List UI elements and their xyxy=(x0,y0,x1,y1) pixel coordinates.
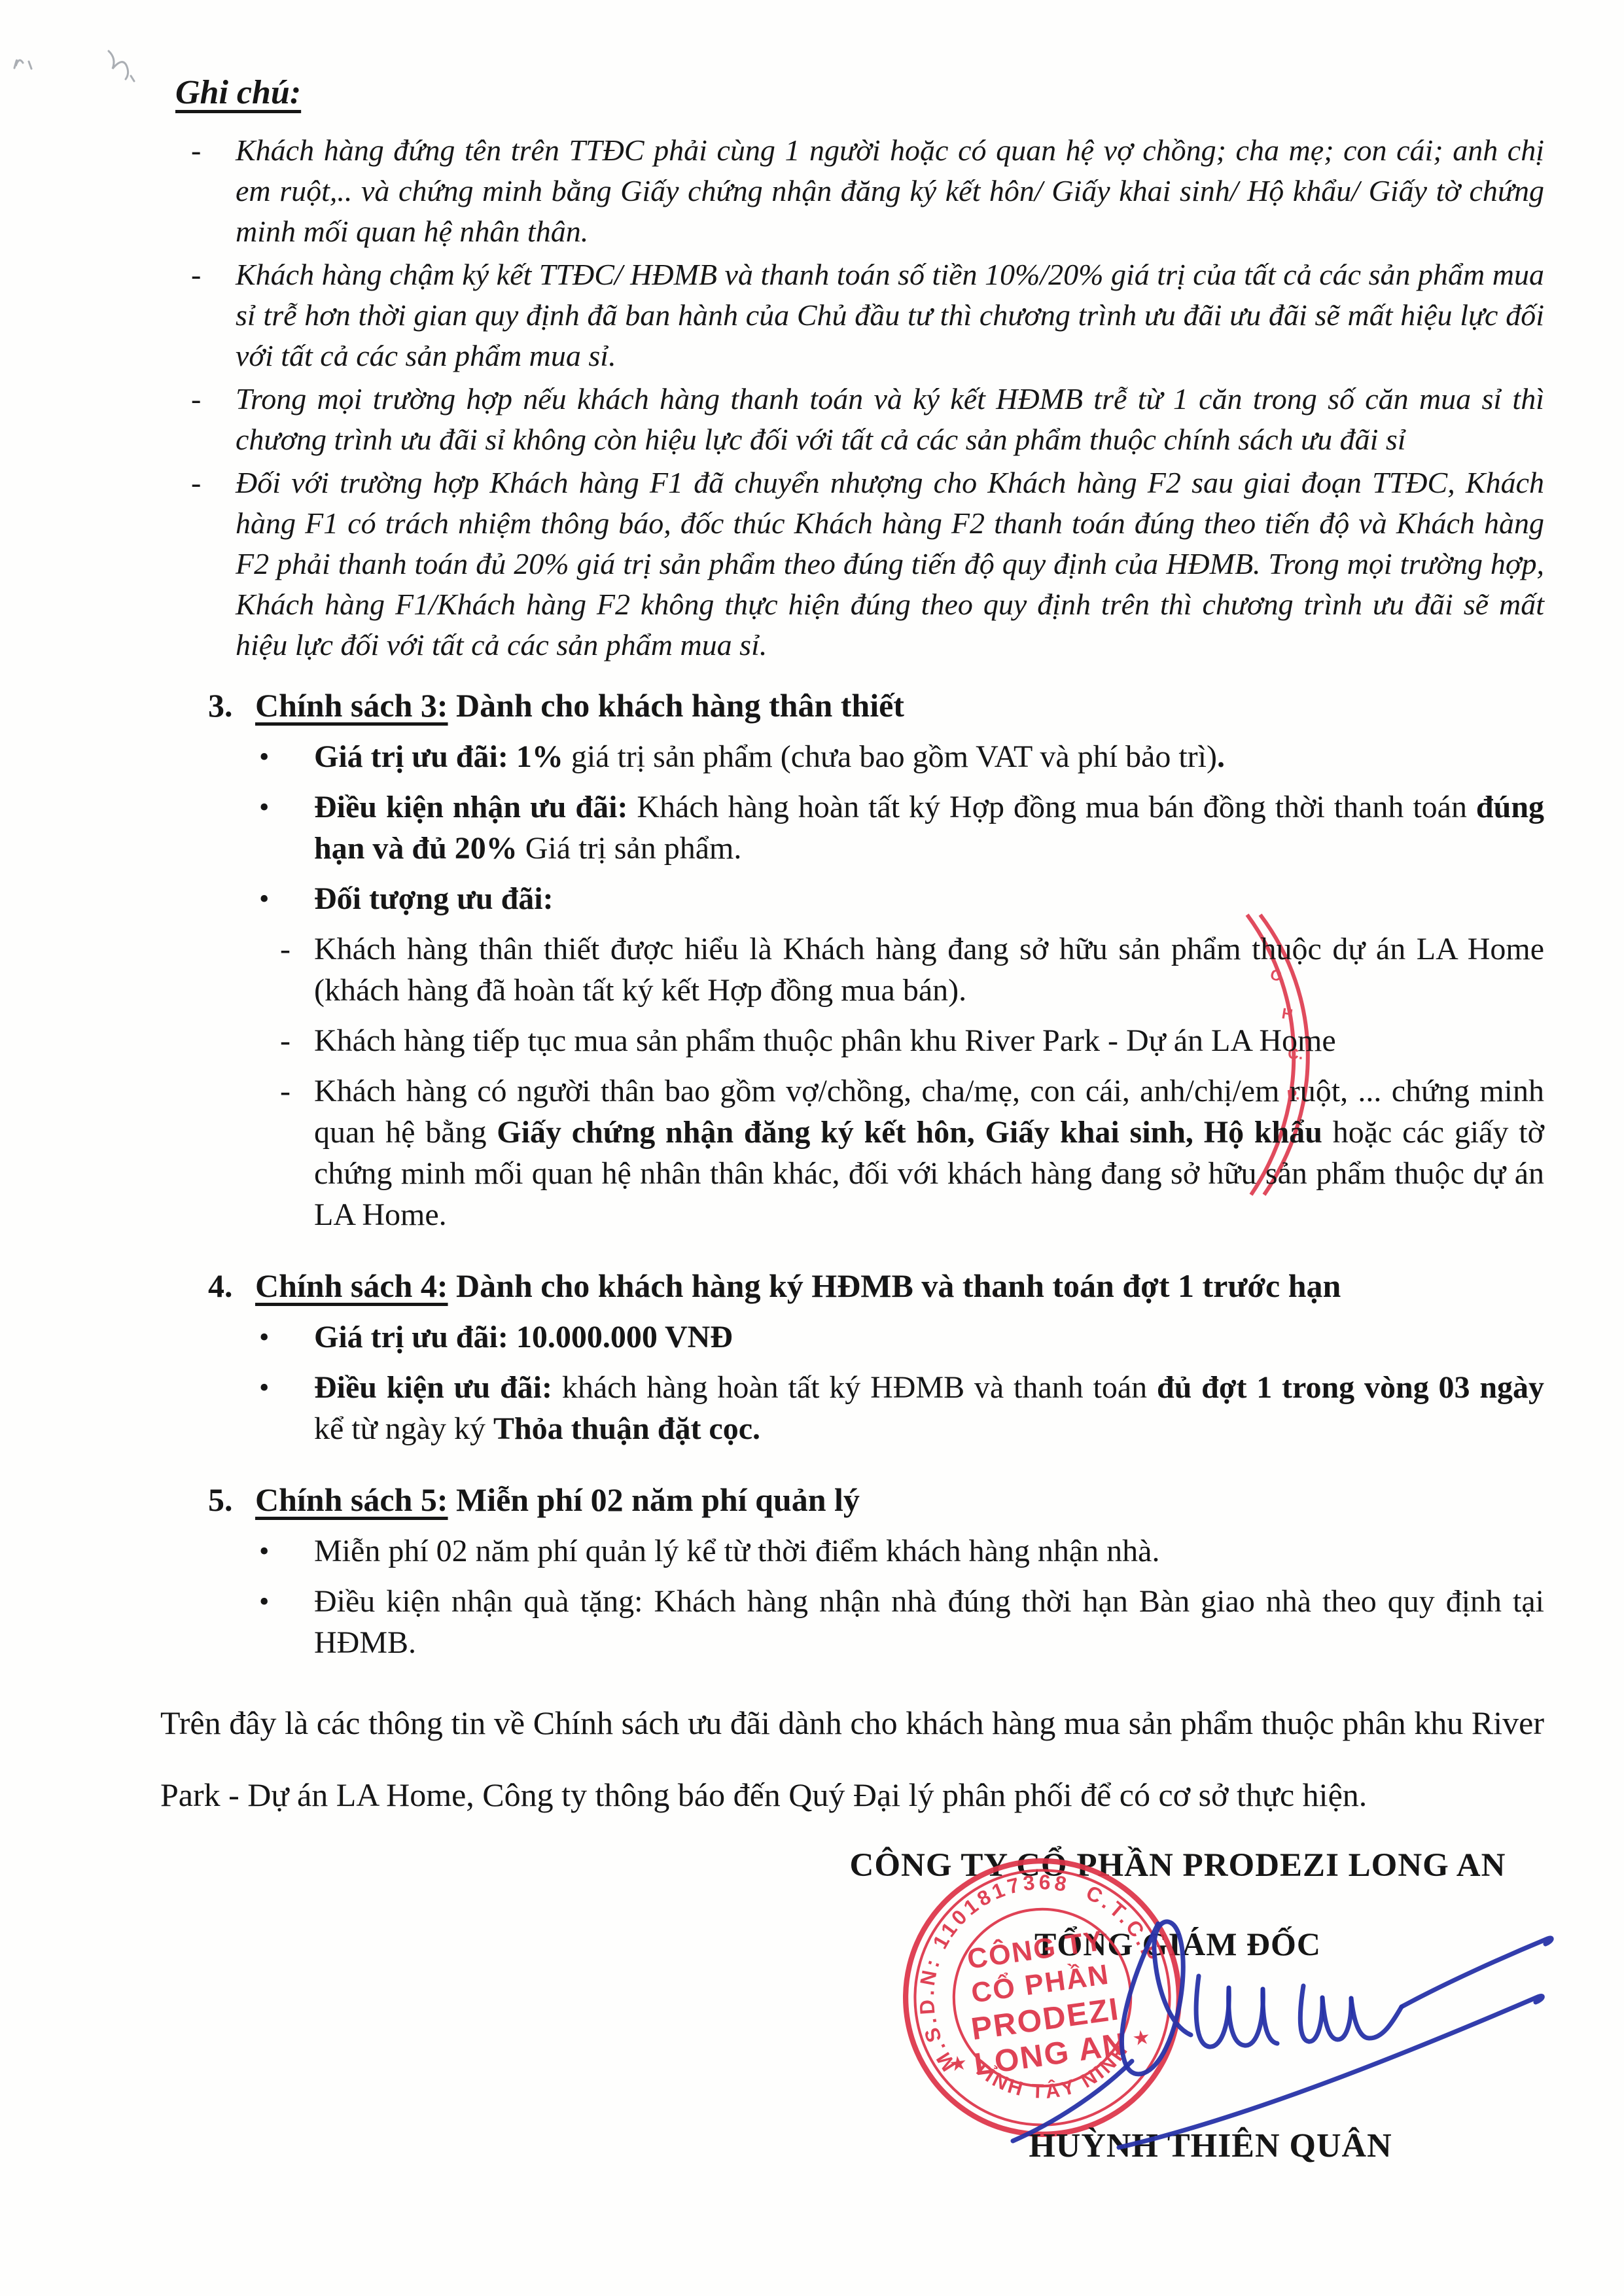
signature-block: CÔNG TY CỔ PHẦN PRODEZI LONG AN TỔNG GIÁ… xyxy=(0,1846,1624,2291)
policy-bullet-item: •Điều kiện ưu đãi: khách hàng hoàn tất k… xyxy=(259,1367,1544,1449)
policy-sub-item: -Khách hàng thân thiết được hiểu là Khác… xyxy=(280,928,1544,1011)
section-number: 3. xyxy=(208,685,255,726)
dash-marker: - xyxy=(191,463,236,665)
notes-heading: Ghi chú: xyxy=(175,73,1624,112)
policy-text: Giá trị ưu đãi: 1% giá trị sản phẩm (chư… xyxy=(314,736,1544,777)
policy-text: Khách hàng thân thiết được hiểu là Khách… xyxy=(314,928,1544,1011)
dash-marker: - xyxy=(191,130,236,252)
policy-sub-item: -Khách hàng tiếp tục mua sản phẩm thuộc … xyxy=(280,1020,1544,1061)
signature-scribble xyxy=(916,1884,1570,2166)
dash-marker: - xyxy=(280,928,314,1011)
bullet-marker: • xyxy=(259,1581,314,1663)
section-title: Chính sách 5: Miễn phí 02 năm phí quản l… xyxy=(255,1479,860,1520)
dash-marker: - xyxy=(280,1020,314,1061)
policy-text: Khách hàng tiếp tục mua sản phẩm thuộc p… xyxy=(314,1020,1544,1061)
section-number: 4. xyxy=(208,1265,255,1306)
bullet-marker: • xyxy=(259,786,314,869)
section-number: 5. xyxy=(208,1479,255,1520)
closing-paragraph: Trên đây là các thông tin về Chính sách … xyxy=(160,1687,1544,1831)
note-text: Khách hàng đứng tên trên TTĐC phải cùng … xyxy=(236,130,1544,252)
note-item: -Khách hàng đứng tên trên TTĐC phải cùng… xyxy=(191,130,1544,252)
policy-bullet-item: •Giá trị ưu đãi: 1% giá trị sản phẩm (ch… xyxy=(259,736,1544,777)
policy-text: Điều kiện nhận ưu đãi: Khách hàng hoàn t… xyxy=(314,786,1544,869)
policy-text: Điều kiện nhận quà tặng: Khách hàng nhận… xyxy=(314,1581,1544,1663)
policy-text: Khách hàng có người thân bao gồm vợ/chồn… xyxy=(314,1070,1544,1235)
policy-text: Giá trị ưu đãi: 10.000.000 VNĐ xyxy=(314,1316,1544,1358)
section-heading: 3.Chính sách 3: Dành cho khách hàng thân… xyxy=(208,685,1544,726)
section-heading: 4.Chính sách 4: Dành cho khách hàng ký H… xyxy=(208,1265,1544,1306)
note-text: Trong mọi trường hợp nếu khách hàng than… xyxy=(236,379,1544,460)
notes-list: -Khách hàng đứng tên trên TTĐC phải cùng… xyxy=(0,130,1624,665)
policy-text: Miễn phí 02 năm phí quản lý kể từ thời đ… xyxy=(314,1530,1544,1572)
section-title: Chính sách 4: Dành cho khách hàng ký HĐM… xyxy=(255,1265,1341,1306)
bullet-marker: • xyxy=(259,736,314,777)
section-title: Chính sách 3: Dành cho khách hàng thân t… xyxy=(255,685,904,726)
policy-sub-item: -Khách hàng có người thân bao gồm vợ/chồ… xyxy=(280,1070,1544,1235)
policy-bullet-item: •Điều kiện nhận ưu đãi: Khách hàng hoàn … xyxy=(259,786,1544,869)
policy-sections: 3.Chính sách 3: Dành cho khách hàng thân… xyxy=(0,685,1624,1663)
bullet-marker: • xyxy=(259,1530,314,1572)
dash-marker: - xyxy=(280,1070,314,1235)
bullet-marker: • xyxy=(259,1367,314,1449)
policy-text: Điều kiện ưu đãi: khách hàng hoàn tất ký… xyxy=(314,1367,1544,1449)
policy-bullet-item: •Đối tượng ưu đãi: xyxy=(259,878,1544,919)
section-heading: 5.Chính sách 5: Miễn phí 02 năm phí quản… xyxy=(208,1479,1544,1520)
note-item: -Trong mọi trường hợp nếu khách hàng tha… xyxy=(191,379,1544,460)
note-item: -Đối với trường hợp Khách hàng F1 đã chu… xyxy=(191,463,1544,665)
dash-marker: - xyxy=(191,255,236,376)
note-item: -Khách hàng chậm ký kết TTĐC/ HĐMB và th… xyxy=(191,255,1544,376)
dash-marker: - xyxy=(191,379,236,460)
policy-bullet-item: •Điều kiện nhận quà tặng: Khách hàng nhậ… xyxy=(259,1581,1544,1663)
policy-bullet-item: •Miễn phí 02 năm phí quản lý kể từ thời … xyxy=(259,1530,1544,1572)
note-text: Đối với trường hợp Khách hàng F1 đã chuy… xyxy=(236,463,1544,665)
policy-bullet-item: •Giá trị ưu đãi: 10.000.000 VNĐ xyxy=(259,1316,1544,1358)
bullet-marker: • xyxy=(259,878,314,919)
policy-text: Đối tượng ưu đãi: xyxy=(314,878,1544,919)
note-text: Khách hàng chậm ký kết TTĐC/ HĐMB và tha… xyxy=(236,255,1544,376)
bullet-marker: • xyxy=(259,1316,314,1358)
scanned-document-page: C. H C. P. Ghi chú: -Khách hàng đứng tên… xyxy=(0,0,1624,2296)
